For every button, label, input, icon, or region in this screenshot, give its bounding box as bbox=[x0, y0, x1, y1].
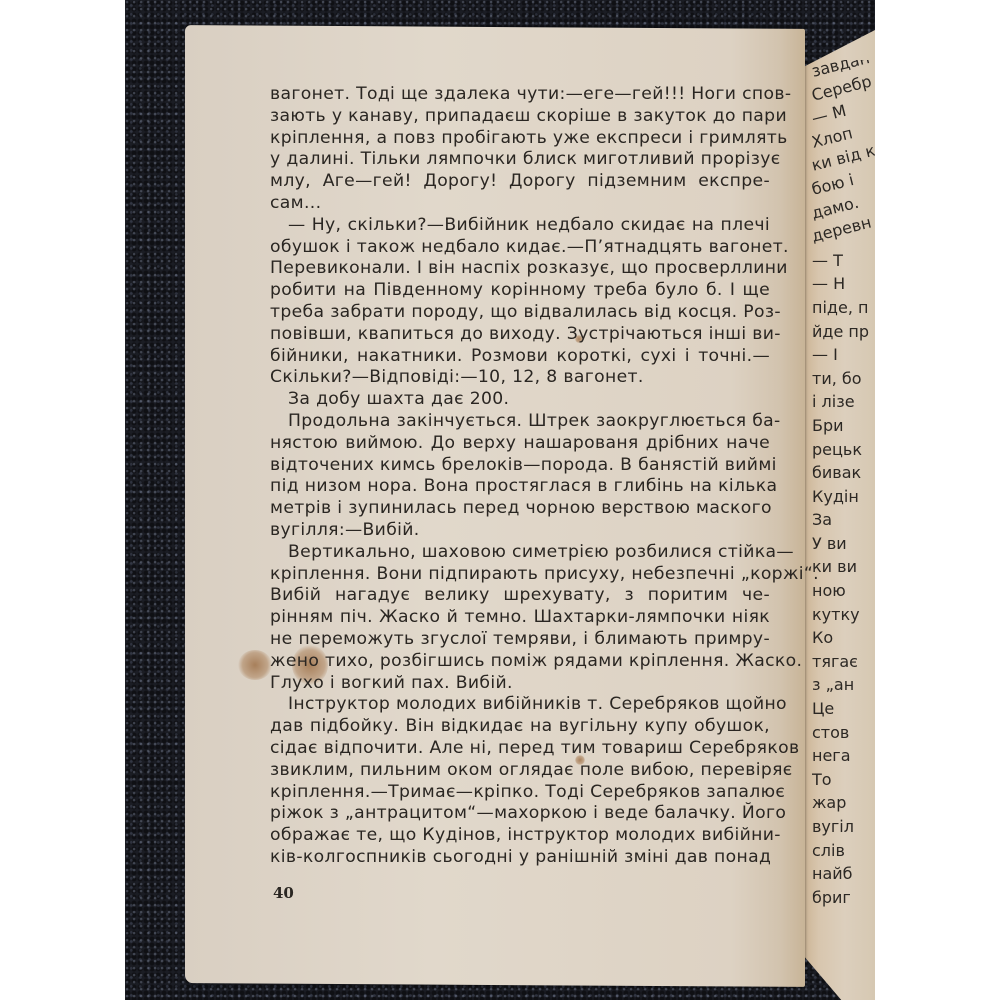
text-line: відточених кимсь брелоків—порода. В баня… bbox=[270, 455, 770, 477]
text-line: вугілля:—Вибій. bbox=[270, 520, 770, 542]
text-fragment: найб bbox=[812, 862, 875, 886]
text-line: ображає те, що Кудінов, інструктор молод… bbox=[270, 825, 770, 847]
text-line: сам... bbox=[270, 193, 770, 215]
text-line: жено тихо, розбігшись поміж рядами кріпл… bbox=[270, 651, 770, 673]
text-line: кріплення, а повз пробігають уже експрес… bbox=[270, 128, 770, 150]
text-fragment: ною bbox=[812, 579, 875, 603]
text-fragment: У ви bbox=[812, 532, 875, 556]
text-line: метрів і зупинилась перед чорною верство… bbox=[270, 498, 770, 520]
text-line: звиклим, пильним оком оглядає поле вибою… bbox=[270, 760, 770, 782]
text-fragment: Ко bbox=[812, 626, 875, 650]
text-line: Продольна закінчується. Штрек заокруглює… bbox=[270, 411, 770, 433]
text-fragment: рецьк bbox=[812, 438, 875, 462]
text-line: робити на Південному корінному треба бул… bbox=[270, 280, 770, 302]
text-line: ків-колгоспників сьогодні у ранішній змі… bbox=[270, 847, 770, 869]
text-line: Глухо і вогкий пах. Вибій. bbox=[270, 673, 770, 695]
text-fragment: бивак bbox=[812, 461, 875, 485]
text-fragment: вугіл bbox=[812, 815, 875, 839]
page-number: 40 bbox=[273, 884, 294, 902]
blank-area bbox=[875, 0, 1000, 1000]
text-fragment: жар bbox=[812, 791, 875, 815]
text-line: під низом нора. Вона простяглася в глибі… bbox=[270, 476, 770, 498]
text-line: у далині. Тільки лямпочки блиск миготлив… bbox=[270, 149, 770, 171]
text-fragment: слів bbox=[812, 839, 875, 863]
text-line: Скільки?—Відповіді:—10, 12, 8 вагонет. bbox=[270, 367, 770, 389]
body-text: вагонет. Тоді ще здалека чути:—еге—гей!!… bbox=[270, 84, 770, 869]
text-fragment: стов bbox=[812, 721, 875, 745]
text-fragment: бриг bbox=[812, 886, 875, 910]
text-fragment: За bbox=[812, 508, 875, 532]
text-fragment: тягає bbox=[812, 650, 875, 674]
text-fragment: ки ви bbox=[812, 555, 875, 579]
text-line: рінням піч. Жаско й темно. Шахтарки-лямп… bbox=[270, 607, 770, 629]
text-line: ріжок з „антрацитом“—махоркою і веде бал… bbox=[270, 803, 770, 825]
text-fragment: ти, бо bbox=[812, 367, 875, 391]
text-line: Вибій нагадує велику шрехувату, з порити… bbox=[270, 585, 770, 607]
text-line: не переможуть згуслої темряви, і блимают… bbox=[270, 629, 770, 651]
text-fragment: нега bbox=[812, 744, 875, 768]
text-line: треба забрати породу, що відвалилась від… bbox=[270, 302, 770, 324]
text-line: Вертикально, шаховою симетрією розбилися… bbox=[270, 542, 770, 564]
text-fragment: піде, п bbox=[812, 296, 875, 320]
text-line: Перевиконали. І він наспіх розказує, що … bbox=[270, 258, 770, 280]
right-page-text: завданСеребр— МХлопки від кбою ідамо.дер… bbox=[812, 60, 875, 909]
text-fragment: То bbox=[812, 768, 875, 792]
text-fragment: — Н bbox=[812, 272, 875, 296]
text-line: нястою виймою. До верху нашарованя дрібн… bbox=[270, 433, 770, 455]
text-line: обушок і також недбало кидає.—П’ятнадцят… bbox=[270, 237, 770, 259]
text-line: За добу шахта дає 200. bbox=[270, 389, 770, 411]
text-fragment: — Т bbox=[812, 249, 875, 273]
text-fragment: і лізе bbox=[812, 390, 875, 414]
text-fragment: з „ан bbox=[812, 673, 875, 697]
text-line: Інструктор молодих вибійників т. Серебря… bbox=[270, 694, 770, 716]
stain bbox=[238, 650, 272, 680]
text-line: — Ну, скільки?—Вибійник недбало скидає н… bbox=[270, 215, 770, 237]
text-fragment: Бри bbox=[812, 414, 875, 438]
text-fragment: Це bbox=[812, 697, 875, 721]
text-fragment: кутку bbox=[812, 603, 875, 627]
text-line: бійники, накатники. Розмови короткі, сух… bbox=[270, 346, 770, 368]
text-fragment: Кудін bbox=[812, 485, 875, 509]
text-line: зають у канаву, припадаєш скоріше в заку… bbox=[270, 106, 770, 128]
text-line: кріплення.—Тримає—кріпко. Тоді Серебряко… bbox=[270, 782, 770, 804]
text-line: сідає відпочити. Але ні, перед тим товар… bbox=[270, 738, 770, 760]
text-line: вагонет. Тоді ще здалека чути:—еге—гей!!… bbox=[270, 84, 770, 106]
text-fragment: — І bbox=[812, 343, 875, 367]
text-line: кріплення. Вони підпирають присуху, небе… bbox=[270, 564, 770, 586]
text-line: дав підбойку. Він відкидає на вугільну к… bbox=[270, 716, 770, 738]
text-line: млу, Аге—гей! Дорогу! Дорогу підземним е… bbox=[270, 171, 770, 193]
text-fragment: йде пр bbox=[812, 320, 875, 344]
text-line: повівши, квапиться до виходу. Зустрічают… bbox=[270, 324, 770, 346]
